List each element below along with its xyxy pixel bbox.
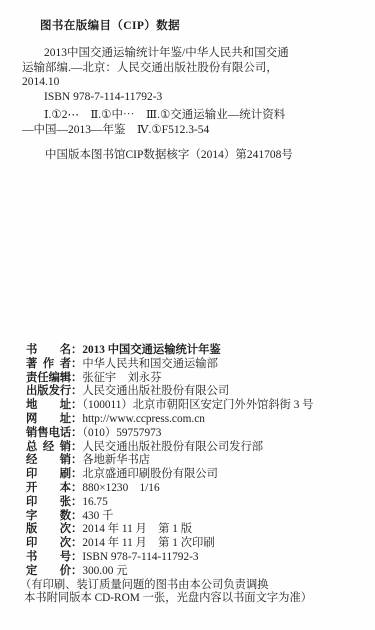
colophon-separator: ： [71, 523, 82, 535]
colophon-value: 880×1230 1/16 [82, 482, 159, 494]
colophon-separator: ： [71, 468, 82, 480]
colophon-value: 2013 中国交通运输统计年鉴 [82, 344, 220, 356]
cip-header: 图书在版编目（CIP）数据 [40, 17, 180, 33]
classification-line2: —中国—2013—年鉴 Ⅳ.①F512.3-54 [22, 123, 362, 138]
colophon-value: 2014 年 11 月 第 1 版 [82, 523, 192, 535]
copyright-page: 图书在版编目（CIP）数据 2013中国交通运输统计年鉴/中华人民共和国交通 运… [0, 0, 375, 630]
colophon-note-line2: 本书附同版本 CD-ROM 一张，光盘内容以书面文字为准） [24, 592, 370, 606]
colophon-label: 版次 [26, 523, 71, 537]
colophon-value: 300.00 元 [82, 565, 127, 577]
colophon-note-line1: （有印刷、装订质量问题的图书由本公司负责调换 [20, 579, 370, 593]
colophon-label: 责任编辑 [26, 372, 71, 386]
colophon-value: 2014 年 11 月 第 1 次印刷 [82, 537, 214, 549]
colophon-row: 定价：300.00 元 [26, 565, 370, 579]
colophon-label: 印刷 [26, 468, 71, 482]
colophon-value: ISBN 978-7-114-11792-3 [82, 551, 198, 563]
colophon-label: 销售电话 [26, 427, 71, 441]
colophon-label: 定价 [26, 565, 71, 579]
colophon-label: 网址 [26, 413, 71, 427]
colophon-label: 开本 [26, 482, 71, 496]
colophon-value: 人民交通出版社股份有限公司 [82, 385, 229, 397]
colophon-row: 总经销：人民交通出版社股份有限公司发行部 [26, 441, 370, 455]
colophon-value: http://www.ccpress.com.cn [82, 413, 205, 425]
colophon-label: 出版发行 [26, 385, 71, 399]
colophon-separator: ： [71, 385, 82, 397]
colophon-separator: ： [71, 551, 82, 563]
colophon-row: 字数：430 千 [26, 510, 370, 524]
colophon-separator: ： [71, 358, 82, 370]
classification-line1: Ⅰ.①2⋯ Ⅱ.①中⋯ Ⅲ.①交通运输业—统计资料 [22, 108, 362, 123]
colophon-separator: ： [71, 537, 82, 549]
colophon-value: 各地新华书店 [82, 454, 150, 466]
colophon-separator: ： [71, 427, 82, 439]
colophon: 书名：2013 中国交通运输统计年鉴著作者：中华人民共和国交通运输部责任编辑：张… [26, 344, 370, 606]
cip-entry-line1: 2013中国交通运输统计年鉴/中华人民共和国交通 [22, 46, 357, 61]
colophon-value: 张征宇 刘永芬 [82, 372, 161, 384]
colophon-separator: ： [71, 441, 82, 453]
colophon-label: 书号 [26, 551, 71, 565]
colophon-row: 书号：ISBN 978-7-114-11792-3 [26, 551, 370, 565]
colophon-row: 网址：http://www.ccpress.com.cn [26, 413, 370, 427]
colophon-separator: ： [71, 565, 82, 577]
colophon-row: 著作者：中华人民共和国交通运输部 [26, 358, 370, 372]
colophon-value: （100011）北京市朝阳区安定门外外馆斜街 3 号 [82, 399, 313, 411]
colophon-rows: 书名：2013 中国交通运输统计年鉴著作者：中华人民共和国交通运输部责任编辑：张… [26, 344, 370, 579]
colophon-separator: ： [71, 496, 82, 508]
cip-entry-isbn: ISBN 978-7-114-11792-3 [22, 90, 357, 105]
cip-entry-line2: 运输部编.—北京：人民交通出版社股份有限公司， [22, 61, 357, 76]
colophon-separator: ： [71, 482, 82, 494]
colophon-separator: ： [71, 372, 82, 384]
colophon-separator: ： [71, 399, 82, 411]
colophon-label: 印张 [26, 496, 71, 510]
colophon-separator: ： [71, 454, 82, 466]
colophon-row: 销售电话：（010）59757973 [26, 427, 370, 441]
colophon-row: 印张：16.75 [26, 496, 370, 510]
cip-record-number: 中国版本图书馆CIP数据核字（2014）第241708号 [45, 146, 293, 162]
colophon-value: （010）59757973 [82, 427, 161, 439]
cip-entry: 2013中国交通运输统计年鉴/中华人民共和国交通 运输部编.—北京：人民交通出版… [22, 46, 357, 104]
cip-classification: Ⅰ.①2⋯ Ⅱ.①中⋯ Ⅲ.①交通运输业—统计资料 —中国—2013—年鉴 Ⅳ.… [22, 108, 362, 137]
colophon-row: 印次：2014 年 11 月 第 1 次印刷 [26, 537, 370, 551]
colophon-separator: ： [71, 413, 82, 425]
colophon-row: 出版发行：人民交通出版社股份有限公司 [26, 385, 370, 399]
colophon-row: 经销：各地新华书店 [26, 454, 370, 468]
colophon-label: 字数 [26, 510, 71, 524]
colophon-value: 16.75 [82, 496, 107, 508]
colophon-row: 地址：（100011）北京市朝阳区安定门外外馆斜街 3 号 [26, 399, 370, 413]
colophon-label: 书名 [26, 344, 71, 358]
colophon-label: 著作者 [26, 358, 71, 372]
colophon-label: 地址 [26, 399, 71, 413]
colophon-label: 总经销 [26, 441, 71, 455]
cip-entry-line3: 2014.10 [22, 75, 357, 90]
colophon-value: 430 千 [82, 510, 113, 522]
colophon-row: 印刷：北京盛通印刷股份有限公司 [26, 468, 370, 482]
colophon-label: 印次 [26, 537, 71, 551]
colophon-value: 人民交通出版社股份有限公司发行部 [82, 441, 263, 453]
colophon-row: 责任编辑：张征宇 刘永芬 [26, 372, 370, 386]
colophon-row: 书名：2013 中国交通运输统计年鉴 [26, 344, 370, 358]
colophon-row: 开本：880×1230 1/16 [26, 482, 370, 496]
colophon-value: 中华人民共和国交通运输部 [82, 358, 218, 370]
colophon-row: 版次：2014 年 11 月 第 1 版 [26, 523, 370, 537]
colophon-label: 经销 [26, 454, 71, 468]
colophon-separator: ： [71, 510, 82, 522]
colophon-separator: ： [71, 344, 82, 356]
colophon-value: 北京盛通印刷股份有限公司 [82, 468, 218, 480]
